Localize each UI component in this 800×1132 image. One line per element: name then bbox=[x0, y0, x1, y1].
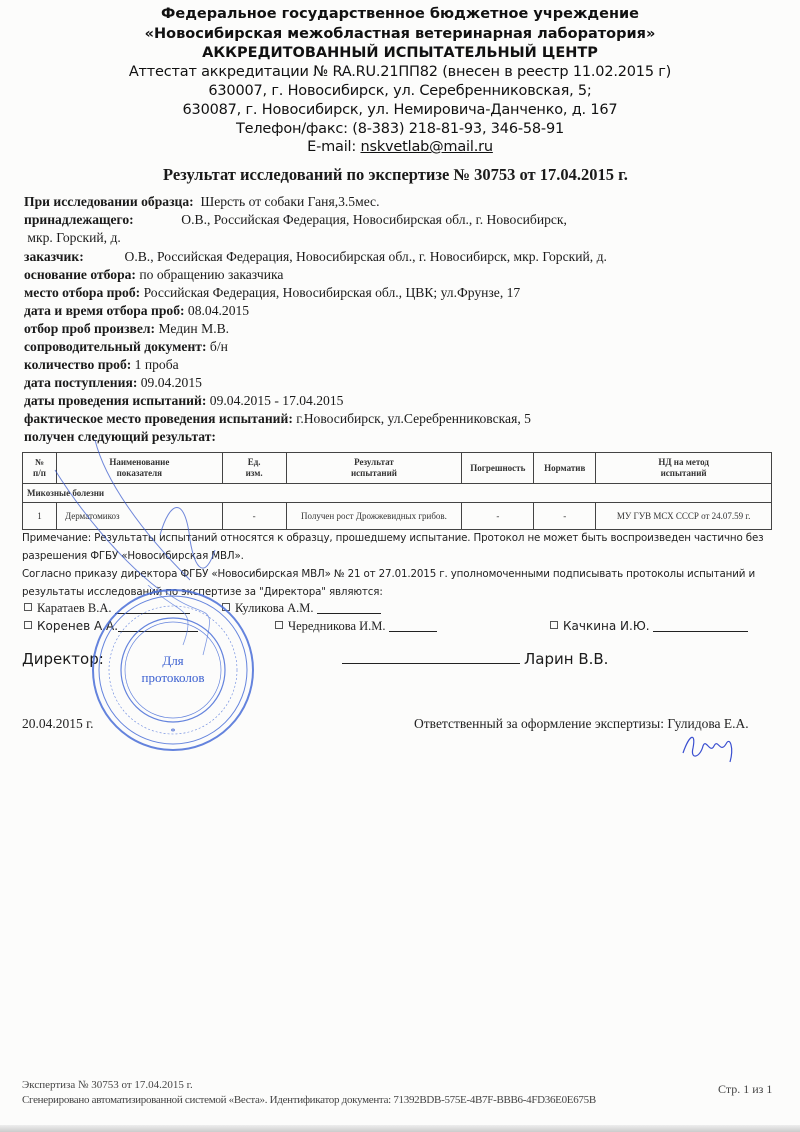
field-accompanying-doc: сопроводительный документ: б/н bbox=[24, 338, 228, 355]
address-line1: 630007, г. Новосибирск, ул. Серебреннико… bbox=[0, 83, 800, 99]
field-sample-count: количество проб: 1 проба bbox=[24, 356, 179, 373]
field-value: 09.04.2015 bbox=[137, 375, 202, 390]
signatory-5: Качкина И.Ю. bbox=[550, 619, 748, 633]
field-label: место отбора проб: bbox=[24, 285, 140, 300]
email-line: E-mail: nskvetlab@mail.ru bbox=[0, 139, 800, 155]
org-name-line1: Федеральное государственное бюджетное уч… bbox=[0, 6, 800, 22]
address-line2: 630087, г. Новосибирск, ул. Немировича-Д… bbox=[0, 102, 800, 118]
field-owner: принадлежащего: О.В., Российская Федерац… bbox=[24, 211, 567, 228]
field-test-dates: даты проведения испытаний: 09.04.2015 - … bbox=[24, 392, 343, 409]
scan-edge bbox=[0, 1125, 800, 1132]
field-owner-cont: мкр. Горский, д. bbox=[24, 229, 121, 246]
field-receipt-date: дата поступления: 09.04.2015 bbox=[24, 374, 202, 391]
pen-stroke-icon bbox=[0, 440, 330, 640]
field-label: сопроводительный документ: bbox=[24, 339, 207, 354]
field-value: 08.04.2015 bbox=[185, 303, 250, 318]
field-label: дата и время отбора проб: bbox=[24, 303, 185, 318]
field-label: дата поступления: bbox=[24, 375, 137, 390]
checkbox-icon bbox=[550, 621, 558, 629]
signature-icon bbox=[678, 728, 748, 768]
document-title: Результат исследований по экспертизе № 3… bbox=[0, 165, 800, 185]
col-header-norm: Норматив bbox=[534, 453, 596, 484]
svg-text:протоколов: протоколов bbox=[142, 670, 205, 685]
svg-text:*: * bbox=[171, 727, 176, 738]
col-header-method: НД на метод испытаний bbox=[596, 453, 772, 484]
field-label: принадлежащего: bbox=[24, 212, 134, 227]
footer-generated: Сгенерировано автоматизированной системо… bbox=[22, 1094, 596, 1106]
org-name-line3: АККРЕДИТОВАННЫЙ ИСПЫТАТЕЛЬНЫЙ ЦЕНТР bbox=[0, 45, 800, 61]
field-label: фактическое место проведения испытаний: bbox=[24, 411, 293, 426]
field-label: основание отбора: bbox=[24, 267, 136, 282]
field-value: б/н bbox=[207, 339, 228, 354]
field-sampling-date: дата и время отбора проб: 08.04.2015 bbox=[24, 302, 249, 319]
field-value: по обращению заказчика bbox=[136, 267, 284, 282]
field-label: даты проведения испытаний: bbox=[24, 393, 206, 408]
field-value: 09.04.2015 - 17.04.2015 bbox=[206, 393, 343, 408]
accreditation-line: Аттестат аккредитации № RA.RU.21ПП82 (вн… bbox=[0, 64, 800, 80]
field-label: отбор проб произвел: bbox=[24, 321, 155, 336]
field-value: О.В., Российская Федерация, Новосибирска… bbox=[84, 249, 607, 264]
cell-error: - bbox=[462, 503, 534, 530]
phone-line: Телефон/факс: (8-383) 218-81-93, 346-58-… bbox=[0, 121, 800, 137]
signature-line bbox=[389, 631, 437, 632]
footer-expertise: Экспертиза № 30753 от 17.04.2015 г. bbox=[22, 1079, 193, 1091]
page-number: Стр. 1 из 1 bbox=[718, 1082, 772, 1097]
org-name-line2: «Новосибирская межобластная ветеринарная… bbox=[0, 26, 800, 42]
field-sampling-place: место отбора проб: Российская Федерация,… bbox=[24, 284, 520, 301]
svg-text:Для: Для bbox=[162, 653, 183, 668]
cell-method: МУ ГУВ МСХ СССР от 24.07.59 г. bbox=[596, 503, 772, 530]
col-header-error: Погрешность bbox=[462, 453, 534, 484]
field-test-place: фактическое место проведения испытаний: … bbox=[24, 410, 531, 427]
director-signature-line bbox=[342, 663, 520, 664]
signature-line bbox=[653, 631, 748, 632]
field-value: Российская Федерация, Новосибирская обл.… bbox=[140, 285, 520, 300]
field-sampler: отбор проб произвел: Медин М.В. bbox=[24, 320, 229, 337]
director-name: Ларин В.В. bbox=[524, 650, 608, 668]
field-basis: основание отбора: по обращению заказчика bbox=[24, 266, 283, 283]
issue-date: 20.04.2015 г. bbox=[22, 716, 94, 732]
field-value: Медин М.В. bbox=[155, 321, 229, 336]
email-label: E-mail: bbox=[307, 139, 360, 155]
field-label: количество проб: bbox=[24, 357, 131, 372]
signatory-name: Качкина И.Ю. bbox=[563, 619, 650, 633]
field-value: О.В., Российская Федерация, Новосибирска… bbox=[134, 212, 567, 227]
field-value: Шерсть от собаки Ганя,3.5мес. bbox=[194, 194, 380, 209]
field-value: г.Новосибирск, ул.Серебренниковская, 5 bbox=[293, 411, 531, 426]
field-value: мкр. Горский, д. bbox=[24, 230, 121, 245]
email-link[interactable]: nskvetlab@mail.ru bbox=[360, 139, 492, 155]
field-customer: заказчик: О.В., Российская Федерация, Но… bbox=[24, 248, 607, 265]
cell-norm: - bbox=[534, 503, 596, 530]
field-sample: При исследовании образца: Шерсть от соба… bbox=[24, 193, 380, 210]
field-label: заказчик: bbox=[24, 249, 84, 264]
field-value: 1 проба bbox=[131, 357, 178, 372]
field-label: При исследовании образца: bbox=[24, 194, 194, 209]
